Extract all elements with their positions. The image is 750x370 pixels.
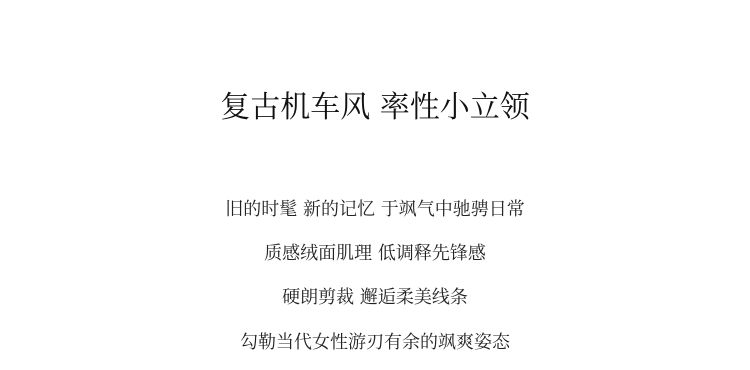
- description-line-4: 勾勒当代女性游刃有余的飒爽姿态: [0, 331, 750, 355]
- description-line-2: 质感绒面肌理 低调释先锋感: [0, 242, 750, 266]
- headline-title: 复古机车风 率性小立领: [0, 88, 750, 128]
- description-line-1: 旧的时髦 新的记忆 于飒气中驰骋日常: [0, 198, 750, 222]
- description-line-3: 硬朗剪裁 邂逅柔美线条: [0, 286, 750, 310]
